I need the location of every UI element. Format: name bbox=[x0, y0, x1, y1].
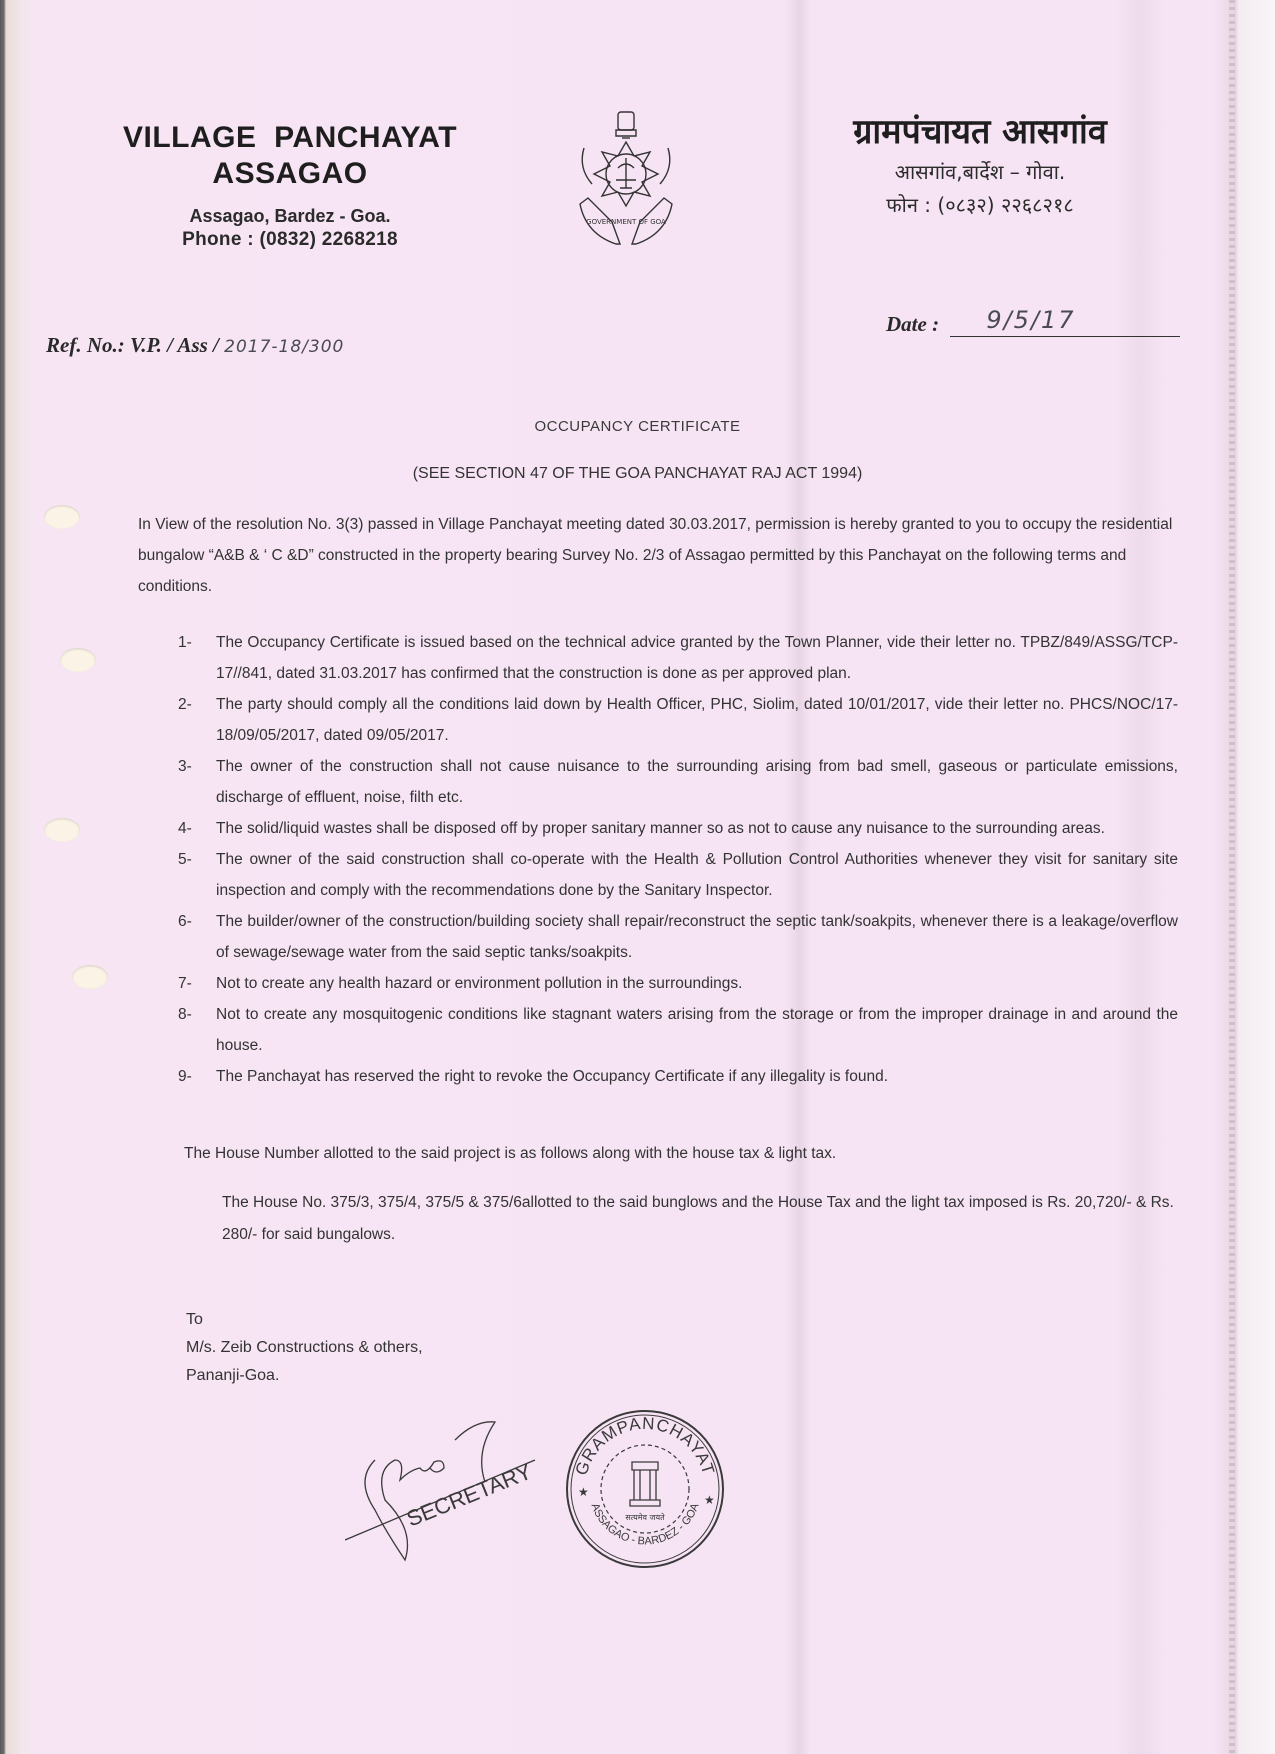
date-field: Date : 9/5/17 bbox=[886, 312, 1180, 337]
secretary-signature: SECRETARY bbox=[345, 1420, 545, 1570]
letterhead-english: VILLAGE PANCHAYAT ASSAGAO Assagao, Barde… bbox=[100, 120, 480, 252]
svg-text:GRAMPANCHAYAT: GRAMPANCHAYAT bbox=[572, 1414, 719, 1478]
recipient-block: To M/s. Zeib Constructions & others, Pan… bbox=[186, 1306, 423, 1390]
condition-item: 2-The party should comply all the condit… bbox=[178, 689, 1178, 751]
svg-text:ASSAGAO - BARDEZ - GOA: ASSAGAO - BARDEZ - GOA bbox=[589, 1501, 702, 1548]
condition-text: Not to create any health hazard or envir… bbox=[216, 968, 1178, 999]
condition-number: 7- bbox=[178, 968, 216, 999]
punch-hole bbox=[72, 965, 108, 989]
svg-text:SECRETARY: SECRETARY bbox=[403, 1459, 535, 1532]
condition-text: The solid/liquid wastes shall be dispose… bbox=[216, 813, 1178, 844]
recipient-to: To bbox=[186, 1306, 423, 1334]
condition-number: 1- bbox=[178, 627, 216, 689]
condition-number: 6- bbox=[178, 906, 216, 968]
org-name-marathi: ग्रामपंचायत आसगांव bbox=[790, 110, 1170, 154]
condition-text: The owner of the said construction shall… bbox=[216, 844, 1178, 906]
government-of-goa-emblem-icon: GOVERNMENT OF GOA bbox=[566, 108, 686, 254]
conditions-list: 1-The Occupancy Certificate is issued ba… bbox=[178, 627, 1178, 1092]
org-name-line2: ASSAGAO bbox=[100, 156, 480, 192]
paper-right-edge bbox=[1213, 0, 1275, 1754]
date-line: 9/5/17 bbox=[950, 314, 1180, 337]
condition-item: 6-The builder/owner of the construction/… bbox=[178, 906, 1178, 968]
condition-text: The Panchayat has reserved the right to … bbox=[216, 1061, 1178, 1092]
condition-item: 8-Not to create any mosquitogenic condit… bbox=[178, 999, 1178, 1061]
condition-number: 3- bbox=[178, 751, 216, 813]
svg-text:★: ★ bbox=[704, 1493, 715, 1507]
punch-hole bbox=[60, 648, 96, 672]
condition-number: 5- bbox=[178, 844, 216, 906]
document-title: OCCUPANCY CERTIFICATE bbox=[0, 418, 1275, 435]
condition-text: The Occupancy Certificate is issued base… bbox=[216, 627, 1178, 689]
org-name-line1: VILLAGE PANCHAYAT bbox=[100, 120, 480, 156]
grampanchayat-seal-icon: GRAMPANCHAYAT ASSAGAO - BARDEZ - GOA सत्… bbox=[560, 1404, 730, 1574]
intro-paragraph: In View of the resolution No. 3(3) passe… bbox=[138, 509, 1178, 602]
condition-item: 9-The Panchayat has reserved the right t… bbox=[178, 1061, 1178, 1092]
org-phone-marathi: फोन : (०८३२) २२६८२१८ bbox=[790, 191, 1170, 218]
date-label: Date : bbox=[886, 312, 939, 336]
recipient-place: Pananji-Goa. bbox=[186, 1362, 423, 1390]
svg-text:सत्यमेव जयते: सत्यमेव जयते bbox=[625, 1512, 665, 1522]
condition-item: 4-The solid/liquid wastes shall be dispo… bbox=[178, 813, 1178, 844]
reference-handwritten: 2017-18/300 bbox=[224, 337, 344, 357]
condition-item: 1-The Occupancy Certificate is issued ba… bbox=[178, 627, 1178, 689]
house-info-paragraph: The House No. 375/3, 375/4, 375/5 & 375/… bbox=[222, 1187, 1182, 1251]
condition-item: 5-The owner of the said construction sha… bbox=[178, 844, 1178, 906]
condition-number: 8- bbox=[178, 999, 216, 1061]
recipient-name: M/s. Zeib Constructions & others, bbox=[186, 1334, 423, 1362]
punch-hole bbox=[44, 505, 80, 529]
org-address-marathi: आसगांव,बार्देश – गोवा. bbox=[790, 158, 1170, 185]
svg-text:★: ★ bbox=[578, 1485, 589, 1499]
condition-text: The owner of the construction shall not … bbox=[216, 751, 1178, 813]
condition-number: 9- bbox=[178, 1061, 216, 1092]
document-subtitle: (SEE SECTION 47 OF THE GOA PANCHAYAT RAJ… bbox=[0, 465, 1275, 483]
reference-label: Ref. No.: V.P. / Ass / bbox=[46, 333, 224, 357]
punch-hole bbox=[44, 818, 80, 842]
org-phone: Phone : (0832) 2268218 bbox=[100, 228, 480, 252]
condition-item: 3-The owner of the construction shall no… bbox=[178, 751, 1178, 813]
svg-text:GOVERNMENT OF GOA: GOVERNMENT OF GOA bbox=[586, 218, 666, 226]
condition-text: The party should comply all the conditio… bbox=[216, 689, 1178, 751]
condition-text: Not to create any mosquitogenic conditio… bbox=[216, 999, 1178, 1061]
condition-item: 7-Not to create any health hazard or env… bbox=[178, 968, 1178, 999]
condition-number: 4- bbox=[178, 813, 216, 844]
condition-number: 2- bbox=[178, 689, 216, 751]
reference-number: Ref. No.: V.P. / Ass / 2017-18/300 bbox=[46, 333, 344, 358]
date-handwritten: 9/5/17 bbox=[986, 306, 1075, 334]
letterhead-marathi: ग्रामपंचायत आसगांव आसगांव,बार्देश – गोवा… bbox=[790, 110, 1170, 218]
condition-text: The builder/owner of the construction/bu… bbox=[216, 906, 1178, 968]
house-number-heading: The House Number allotted to the said pr… bbox=[184, 1145, 836, 1163]
org-address: Assagao, Bardez - Goa. bbox=[100, 204, 480, 228]
